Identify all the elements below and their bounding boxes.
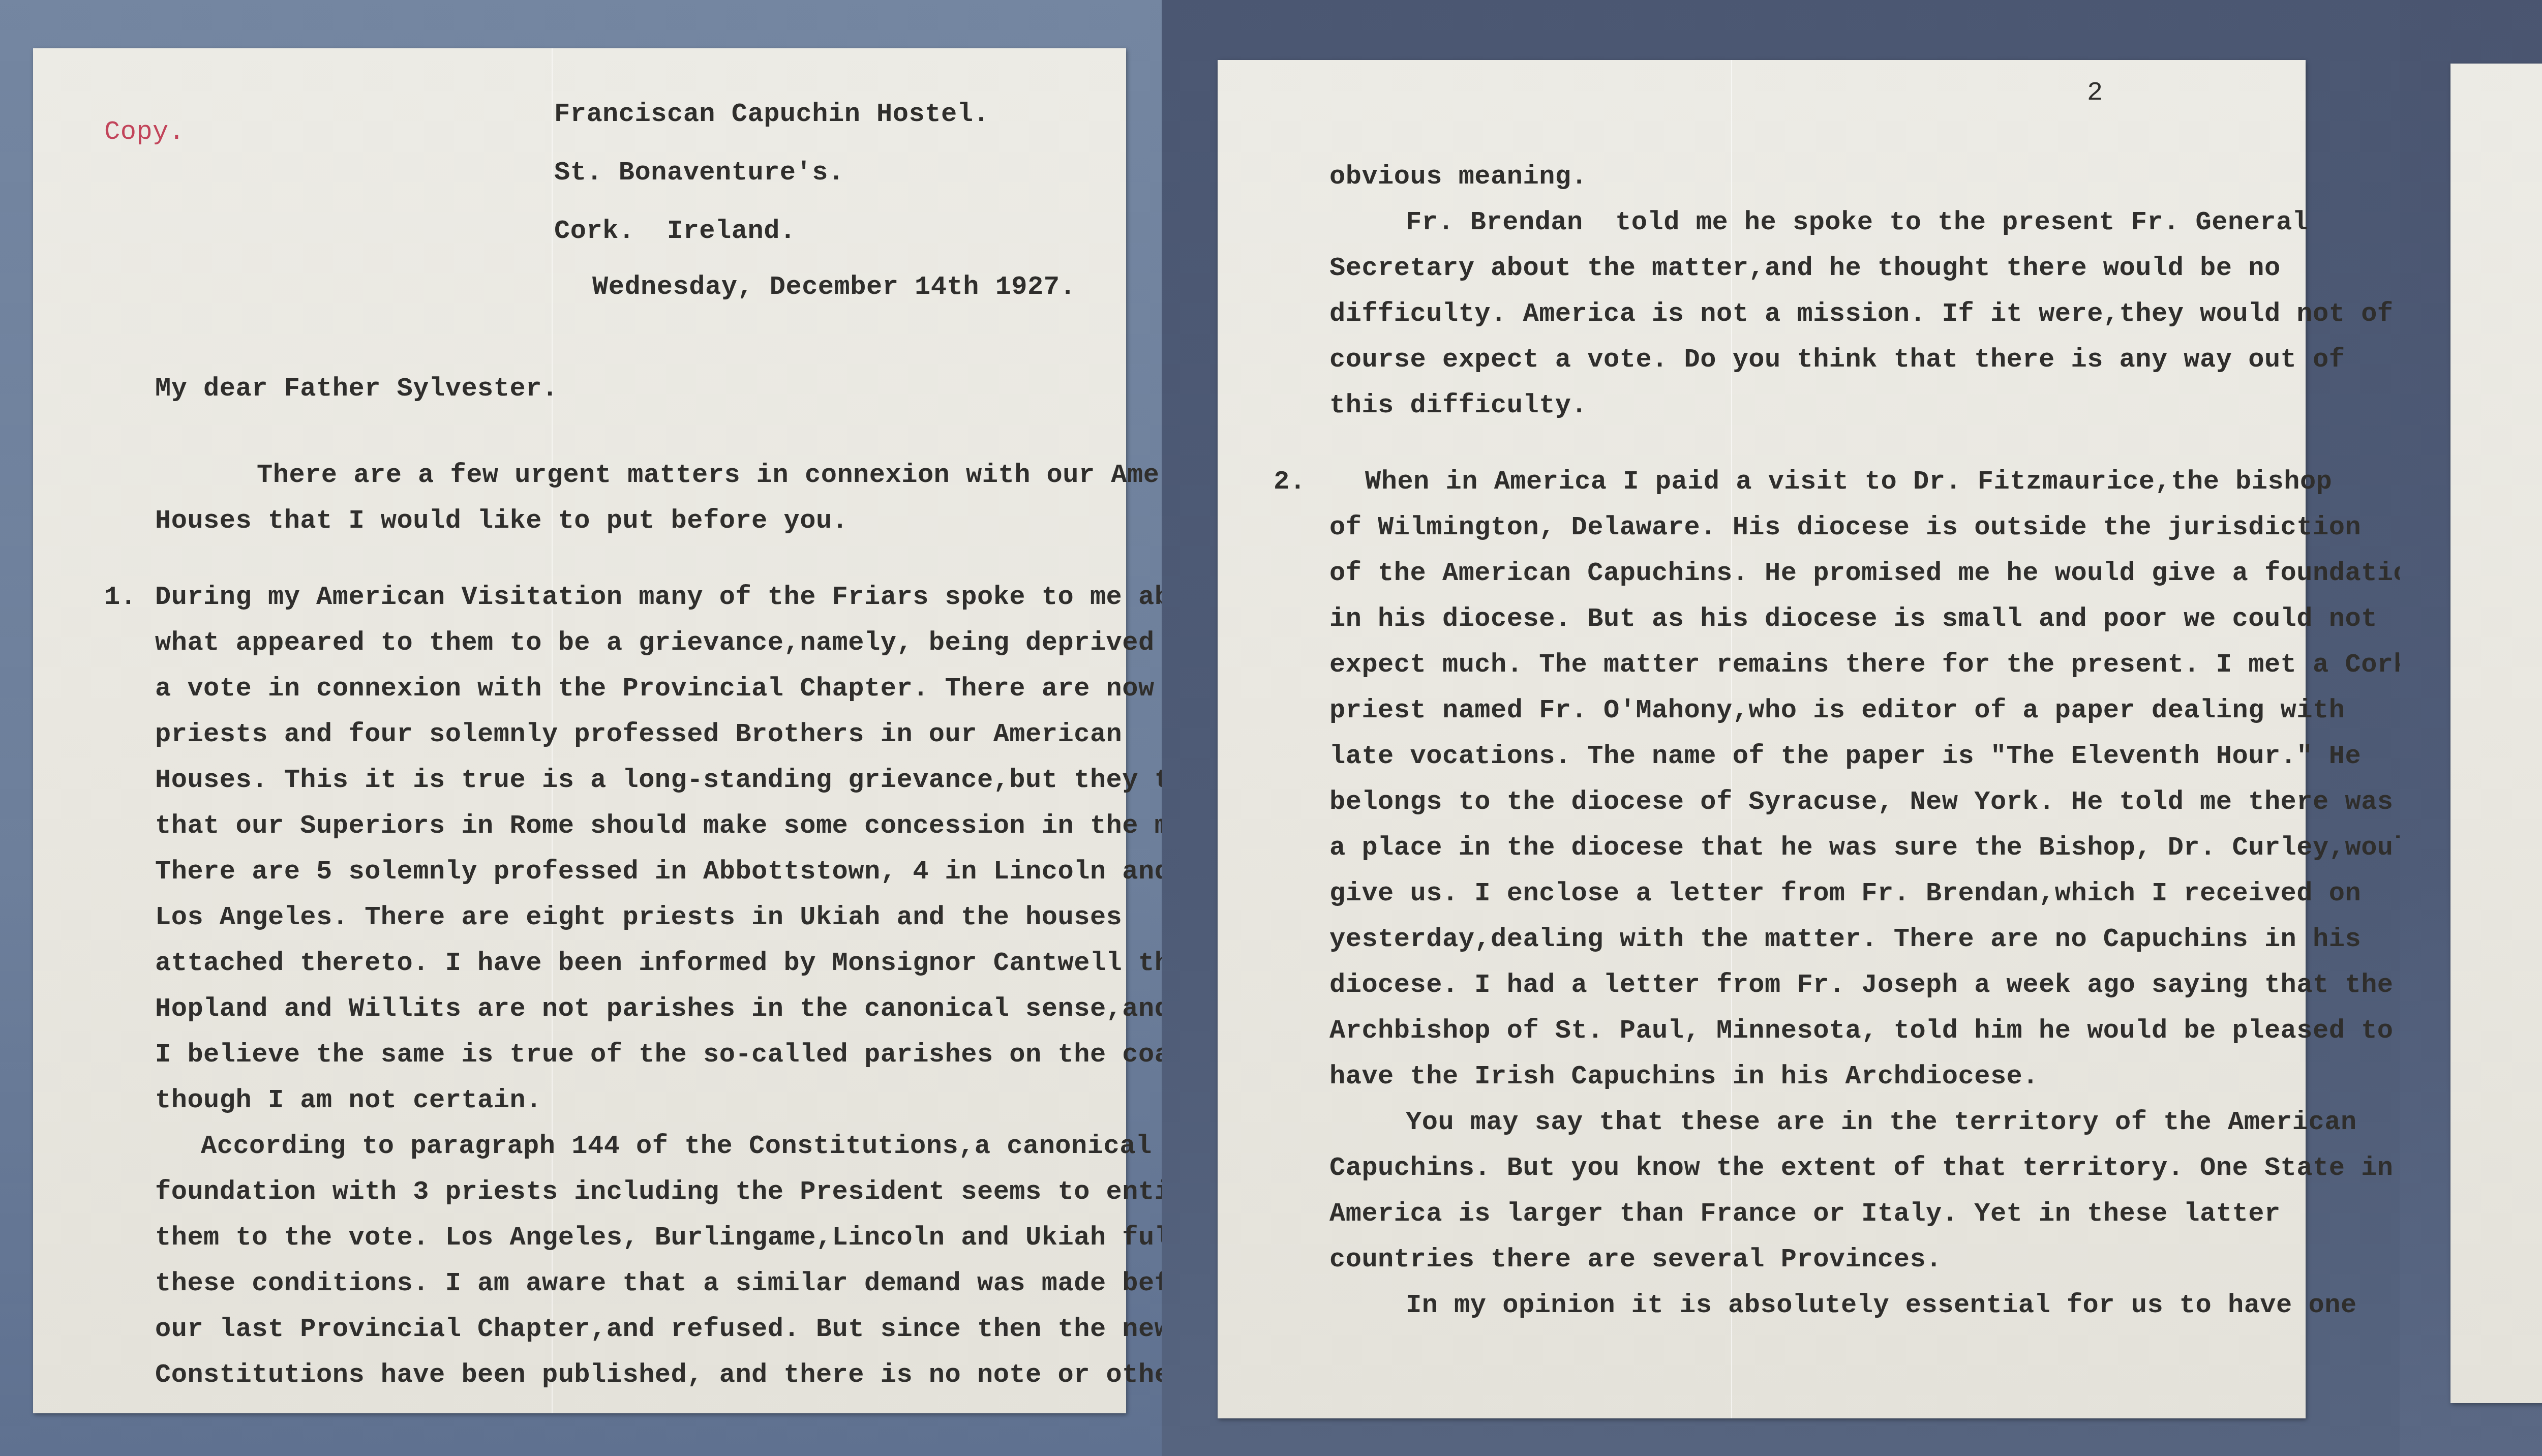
- body-line: Archbishop of St. Paul, Minnesota, told …: [1329, 1016, 2394, 1046]
- letter-page-1-panel: Copy. Franciscan Capuchin Hostel. St. Bo…: [0, 0, 1162, 1456]
- address-line-2: St. Bonaventure's.: [554, 158, 844, 188]
- body-line: them to the vote. Los Angeles, Burlingam…: [155, 1223, 1219, 1253]
- body-line: In my opinion it is absolutely essential…: [1406, 1290, 2357, 1320]
- body-line: countries there are several Provinces.: [1329, 1245, 1942, 1275]
- page-number: 2: [2087, 78, 2103, 108]
- body-line: yesterday,dealing with the matter. There…: [1329, 924, 2361, 954]
- body-line: According to paragraph 144 of the Consti…: [201, 1131, 1152, 1161]
- body-line: Houses that I would like to put before y…: [155, 506, 848, 536]
- body-line: When in America I paid a visit to Dr. Fi…: [1365, 467, 2332, 497]
- body-line: attached thereto. I have been informed b…: [155, 948, 1203, 978]
- body-line: this difficulty.: [1329, 390, 1587, 420]
- body-line: late vocations. The name of the paper is…: [1329, 741, 2361, 771]
- body-line: There are a few urgent matters in connex…: [257, 460, 1240, 490]
- body-line: obvious meaning.: [1329, 162, 1587, 192]
- body-line: difficulty. America is not a mission. If…: [1329, 299, 2394, 329]
- body-line: what appeared to them to be a grievance,…: [155, 628, 1203, 658]
- body-line: of the American Capuchins. He promised m…: [1329, 558, 2426, 588]
- body-line: expect much. The matter remains there fo…: [1329, 650, 2409, 680]
- body-line: though I am not certain.: [155, 1085, 542, 1115]
- item-number: 2.: [1274, 467, 1306, 497]
- body-line: Houses. This it is true is a long-standi…: [155, 765, 1235, 795]
- body-line: Hopland and Willits are not parishes in …: [155, 994, 1203, 1024]
- body-line: During my American Visitation many of th…: [155, 582, 1219, 612]
- body-line: our last Provincial Chapter,and refused.…: [155, 1314, 1170, 1344]
- body-line: a vote in connexion with the Provincial …: [155, 674, 1219, 704]
- body-line: Los Angeles. There are eight priests in …: [155, 902, 1122, 932]
- body-line: Secretary about the matter,and he though…: [1329, 253, 2281, 283]
- address-line-3: Cork. Ireland.: [554, 216, 796, 246]
- body-line: have the Irish Capuchins in his Archdioc…: [1329, 1061, 2039, 1091]
- body-line: There are 5 solemnly professed in Abbott…: [155, 857, 1170, 887]
- body-line: a place in the diocese that he was sure …: [1329, 833, 2426, 863]
- body-line: give us. I enclose a letter from Fr. Bre…: [1329, 878, 2361, 908]
- copy-stamp: Copy.: [104, 117, 185, 147]
- letter-page-3: 3 or two good houses in the East, if we …: [2450, 64, 2542, 1403]
- body-line: priest named Fr. O'Mahony,who is editor …: [1329, 695, 2345, 725]
- body-line: belongs to the diocese of Syracuse, New …: [1329, 787, 2394, 817]
- body-line: Fr. Brendan told me he spoke to the pres…: [1406, 207, 2308, 237]
- body-line: course expect a vote. Do you think that …: [1329, 345, 2345, 375]
- body-line: these conditions. I am aware that a simi…: [155, 1268, 1219, 1298]
- salutation: My dear Father Sylvester.: [155, 374, 558, 404]
- body-line: You may say that these are in the territ…: [1406, 1107, 2357, 1137]
- body-line: America is larger than France or Italy. …: [1329, 1199, 2281, 1229]
- letter-date: Wednesday, December 14th 1927.: [592, 272, 1076, 302]
- letter-page-1: Copy. Franciscan Capuchin Hostel. St. Bo…: [33, 48, 1126, 1413]
- body-line: of Wilmington, Delaware. His diocese is …: [1329, 512, 2361, 542]
- letter-page-2-panel: 2 obvious meaning. Fr. Brendan told me h…: [1162, 0, 2400, 1456]
- body-line: Constitutions have been published, and t…: [155, 1360, 1187, 1390]
- body-line: Capuchins. But you know the extent of th…: [1329, 1153, 2394, 1183]
- item-number: 1.: [104, 582, 136, 612]
- body-line: that our Superiors in Rome should make s…: [155, 811, 1267, 841]
- letter-page-3-panel: 3 or two good houses in the East, if we …: [2400, 0, 2542, 1456]
- body-line: in his diocese. But as his diocese is sm…: [1329, 604, 2377, 634]
- body-line: I believe the same is true of the so-cal…: [155, 1040, 1219, 1070]
- body-line: foundation with 3 priests including the …: [155, 1177, 1219, 1207]
- letter-page-2: 2 obvious meaning. Fr. Brendan told me h…: [1218, 60, 2306, 1418]
- address-line-1: Franciscan Capuchin Hostel.: [554, 99, 989, 129]
- body-line: diocese. I had a letter from Fr. Joseph …: [1329, 970, 2394, 1000]
- body-line: priests and four solemnly professed Brot…: [155, 719, 1122, 749]
